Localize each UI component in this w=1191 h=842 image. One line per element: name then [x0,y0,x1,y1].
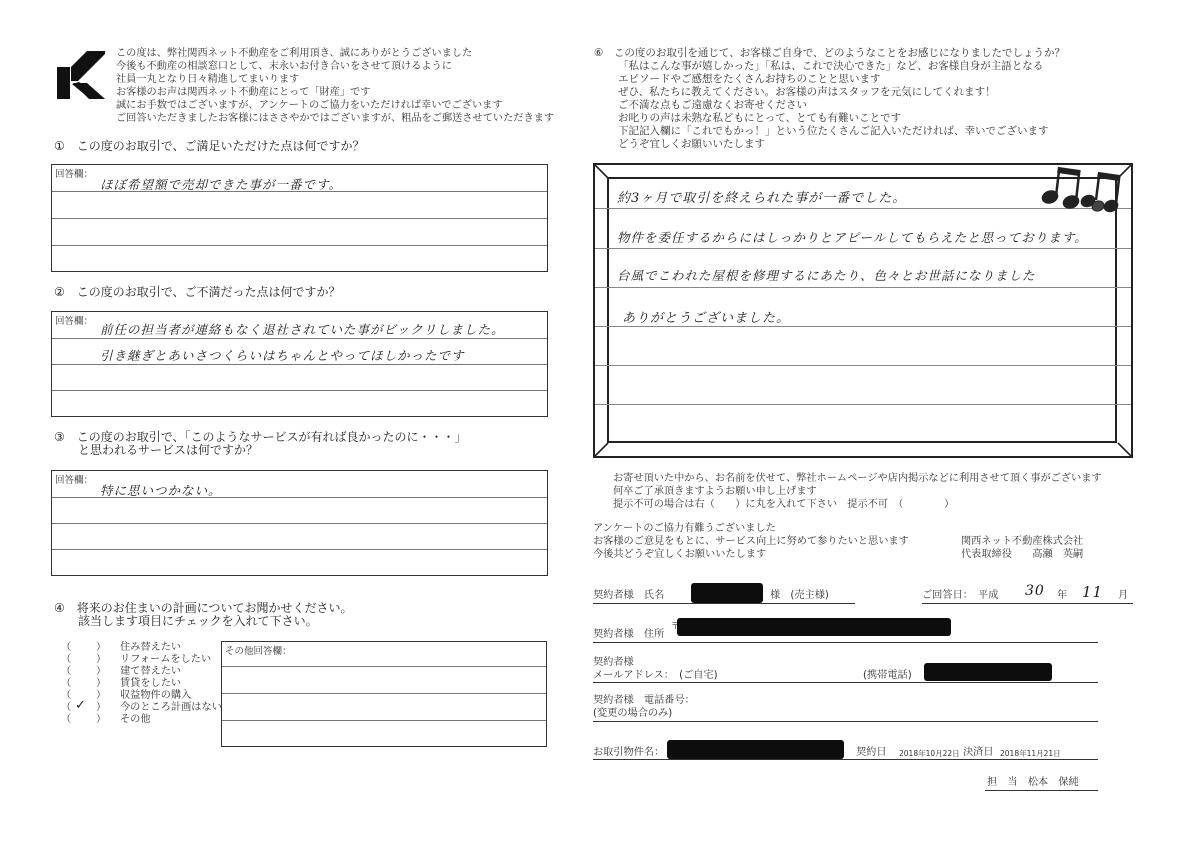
answer-date-label: ご回答日： 平成 [922,589,998,602]
email-label: 契約者様 [593,656,634,669]
answer-label: 回答欄： [55,166,93,180]
month-label: 月 [1118,589,1128,602]
property-label: お取引物件名： [593,746,664,759]
company-name: 関西ネット不動産株式会社 [961,535,1083,548]
address-label: 契約者様 住所 [593,628,664,641]
answer-line: 前任の担当者が連絡もなく退社されていた事がビックリしました。 [100,320,505,338]
consent-line: 提示不可の場合は右（ ）に丸を入れて下さい 提示不可 （ ） [613,498,1102,511]
other-answer-box[interactable]: その他回答欄： [221,641,547,747]
consent-line: 何卒ご了承頂きますようお願い申し上げます [613,485,1102,498]
instruction-line: エピソードやご感想をたくさんお持ちのことと思います [618,73,1065,86]
settlement-label: 決済日 [963,746,994,759]
checklist-label: その他 [120,714,151,726]
instruction-line: ご不満な点もご遠慮なくお寄せください [618,99,1065,112]
answer-line: 引き継ぎとあいさつくらいはちゃんとやってほしかったです [100,346,465,364]
other-answer-label: その他回答欄： [225,643,292,657]
answer-label: 回答欄： [55,472,93,486]
checklist-label: 収益物件の購入 [120,690,191,702]
company-logo-icon [57,51,105,99]
question-1-answer-box[interactable]: 回答欄： ほぼ希望額で売却できた事が一番です。 [51,164,548,272]
intro-line: お客様のお声は関西ネット不動産にとって「財産」です [116,86,554,99]
phone-label: 契約者様 電話番号： [593,694,695,707]
music-notes-icon [1040,166,1132,216]
intro-line: この度は、弊社関西ネット不動産をご利用頂き、誠にありがとうございました [116,47,554,60]
answer-label: 回答欄： [55,313,93,327]
redacted-address [677,618,951,636]
intro-line: 誠にお手数ではございますが、アンケートのご協力をいただければ幸いでございます [116,99,554,112]
mobile-label: (携帯電話) [863,669,912,682]
name-suffix: 様 (売主様) [770,589,829,602]
question-6-instructions: ⑥ この度のお取引を通じて、お客様ご自身で、どのようなことをお感じになりましたで… [594,47,1065,151]
intro-line: ご回答いただきましたお客様にはささやかではございますが、粗品をご郵送させていただ… [116,112,554,125]
representative-name: 代表取締役 高瀬 英嗣 [961,548,1083,561]
name-label: 契約者様 氏名 [593,589,664,602]
staff-name: 担 当 松本 保純 [987,776,1079,789]
question-3-title-line-1: ③ この度のお取引で、「このようなサービスが有れば良かったのに・・・」 [54,430,467,444]
question-2-answer-box[interactable]: 回答欄： 前任の担当者が連絡もなく退社されていた事がビックリしました。 引き継ぎ… [51,311,548,417]
q6-answer-line: 物件を委任するからにはしっかりとアピールしてもらえたと思っております。 [617,228,1088,246]
redacted-mobile [924,663,1052,681]
year-label: 年 [1057,589,1067,602]
q6-answer-line: 約3ヶ月で取引を終えられた事が一番でした。 [617,187,906,206]
closing-line: 今後共どうぞ宜しくお願いいたします [593,548,909,561]
question-3-answer-box[interactable]: 回答欄： 特に思いつかない。 [51,470,548,576]
answer-year[interactable]: 30 [1025,583,1045,599]
checklist-item[interactable]: （ ） 住み替えたい [61,642,221,654]
closing-line: アンケートのご協力有難うございました [593,522,909,535]
instruction-line: どうぞ宜しくお願いいたします [618,138,1065,151]
question-6-title: ⑥ この度のお取引を通じて、お客様ご自身で、どのようなことをお感じになりましたで… [594,47,1065,60]
phone-change-note: (変更の場合のみ) [593,707,672,720]
checklist-item[interactable]: （ ✓ ） 今のところ計画はない [61,702,221,714]
contract-date-label: 契約日 [856,746,887,759]
consent-text: お寄せ頂いた中から、お名前を伏せて、弊社ホームページや店内掲示などに利用させて頂… [613,472,1102,511]
instruction-line: 「私はこんな事が嬉しかった」「私は、これで決心できた」など、お客様自身が主語とな… [618,60,1065,73]
checklist-label: 今のところ計画はない [120,702,222,714]
checklist-label: 住み替えたい [120,642,181,654]
checklist-item[interactable]: （ ） その他 [61,714,221,726]
closing-line: お客様のご意見をもとに、サービス向上に努めて参りたいと思います [593,535,909,548]
answer-month[interactable]: 11 [1082,583,1103,601]
checklist-label: 賃貸をしたい [120,678,181,690]
checklist-label: 建て替えたい [120,666,181,678]
checklist-label: リフォームをしたい [120,654,211,666]
question-4-title-line-1: ④ 将来のお住まいの計画についてお聞かせください。 [54,601,353,615]
plan-checklist: （ ） 住み替えたい （ ） リフォームをしたい （ ） 建て替えたい （ ） … [61,642,221,726]
intro-text: この度は、弊社関西ネット不動産をご利用頂き、誠にありがとうございました 今後も不… [116,47,554,125]
instruction-line: お叱りの声は未熟な私どもにとって、とても有難いことです [618,112,1065,125]
checklist-item[interactable]: （ ） リフォームをしたい [61,654,221,666]
question-3-title-line-2: と思われるサービスは何ですか？ [78,443,258,457]
intro-line: 今後も不動産の相談窓口として、末永いお付き合いをさせて頂けるように [116,60,554,73]
question-2-title: ② この度のお取引で、ご不満だった点は何ですか？ [54,285,341,299]
email-label-home: メールアドレス： (ご自宅) [593,669,718,682]
q6-answer-line: 台風でこわれた屋根を修理するにあたり、色々とお世話になりました [617,266,1036,284]
instruction-line: ぜひ、私たちに教えてください。お客様の声はスタッフを元気にしてくれます！ [618,86,1065,99]
question-4-title-line-2: 該当します項目にチェックを入れて下さい。 [78,614,318,628]
redacted-name [691,583,763,603]
checklist-item[interactable]: （ ） 賃貸をしたい [61,678,221,690]
check-mark-icon: ✓ [75,700,86,712]
intro-line: 社員一丸となり日々精進してまいります [116,73,554,86]
redacted-property [667,740,844,759]
question-1-title: ① この度のお取引で、ご満足いただけた点は何ですか？ [54,139,365,153]
instruction-line: 下記記入欄に「これでもかっ！」という位たくさんご記入いただければ、幸いでございま… [618,125,1065,138]
consent-line: お寄せ頂いた中から、お名前を伏せて、弊社ホームページや店内掲示などに利用させて頂… [613,472,1102,485]
closing-text: アンケートのご協力有難うございました お客様のご意見をもとに、サービス向上に努め… [593,522,909,561]
checklist-item[interactable]: （ ） 建て替えたい [61,666,221,678]
q6-answer-line: ありがとうございました。 [622,307,790,326]
